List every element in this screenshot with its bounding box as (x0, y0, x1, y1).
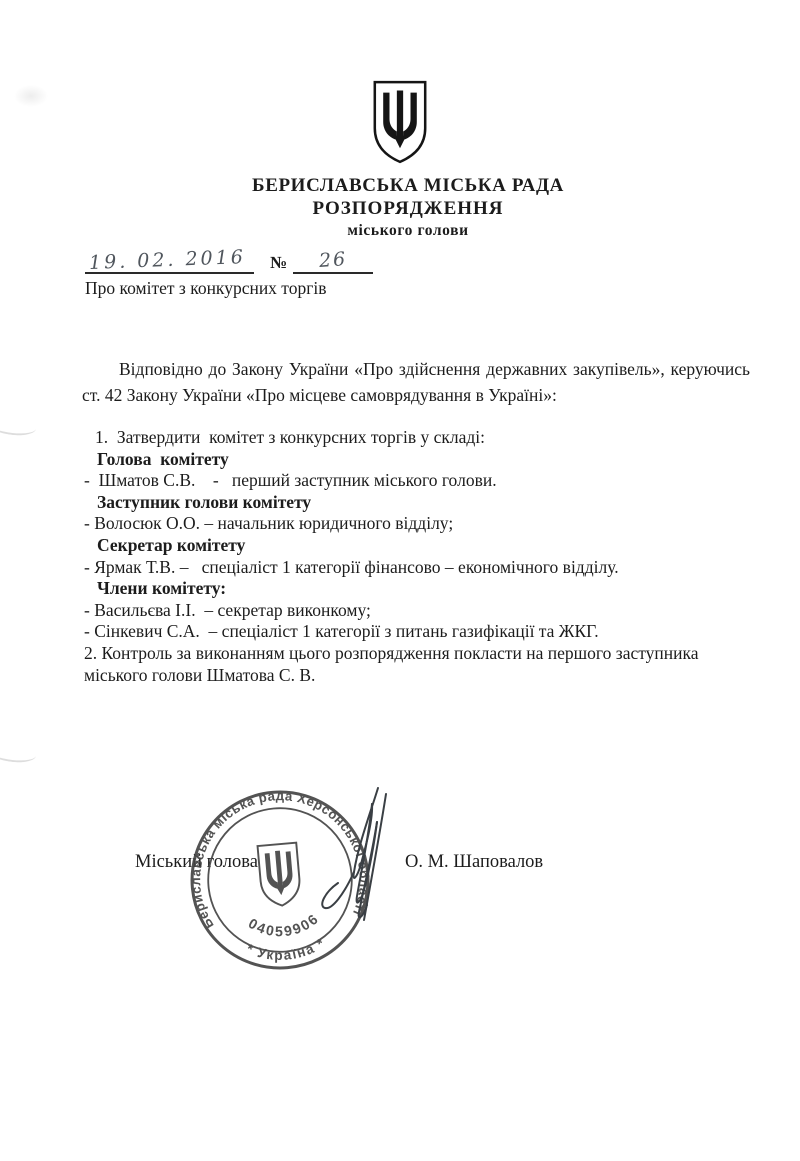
issuer-subtitle: міського голови (58, 220, 758, 241)
committee-role-title: Члени комітету: (82, 578, 782, 600)
committee-member: - Васильєва І.І. – секретар виконкому; (82, 600, 782, 622)
date-number-row: 19. 02. 2016 № 26 (85, 244, 373, 274)
order-item-1: 1. Затвердити комітет з конкурсних торгі… (82, 427, 782, 449)
handwritten-date: 19. 02. 2016 (89, 246, 247, 274)
scanned-document-page: БЕРИСЛАВСЬКА МІСЬКА РАДА РОЗПОРЯДЖЕННЯ м… (0, 0, 800, 1161)
committee-member: - Волосюк О.О. – начальник юридичного ві… (82, 513, 782, 535)
order-item-2: 2. Контроль за виконанням цього розпоряд… (82, 643, 760, 686)
document-subject: Про комітет з конкурсних торгів (85, 278, 327, 299)
scan-artifact-curve (0, 743, 37, 765)
committee-role-title: Секретар комітету (82, 535, 782, 557)
number-field: 26 (293, 249, 373, 274)
pen-signature (312, 780, 412, 940)
document-type-title: РОЗПОРЯДЖЕННЯ (58, 197, 758, 220)
organization-name: БЕРИСЛАВСЬКА МІСЬКА РАДА (58, 174, 758, 197)
committee-member: - Шматов С.В. - перший заступник міськог… (82, 470, 782, 492)
letterhead: БЕРИСЛАВСЬКА МІСЬКА РАДА РОЗПОРЯДЖЕННЯ м… (58, 174, 758, 241)
ukraine-trident-shield-icon (368, 80, 432, 164)
date-field: 19. 02. 2016 (85, 249, 254, 274)
committee-member: - Ярмак Т.В. – спеціаліст 1 категорії фі… (82, 557, 782, 579)
scan-artifact-curve (0, 416, 37, 438)
stamp-center-trident-icon (258, 843, 302, 908)
signatory-name: О. М. Шаповалов (405, 852, 543, 873)
committee-member: - Сінкевич С.А. – спеціаліст 1 категорії… (82, 621, 782, 643)
committee-role-title: Заступник голови комітету (82, 492, 782, 514)
committee-role-title: Голова комітету (82, 449, 782, 471)
handwritten-number: 26 (318, 248, 348, 272)
order-items: 1. Затвердити комітет з конкурсних торгі… (82, 427, 782, 686)
scan-smudge (14, 85, 48, 107)
number-sign: № (270, 253, 287, 273)
preamble-paragraph: Відповідно до Закону України «Про здійсн… (82, 356, 750, 408)
